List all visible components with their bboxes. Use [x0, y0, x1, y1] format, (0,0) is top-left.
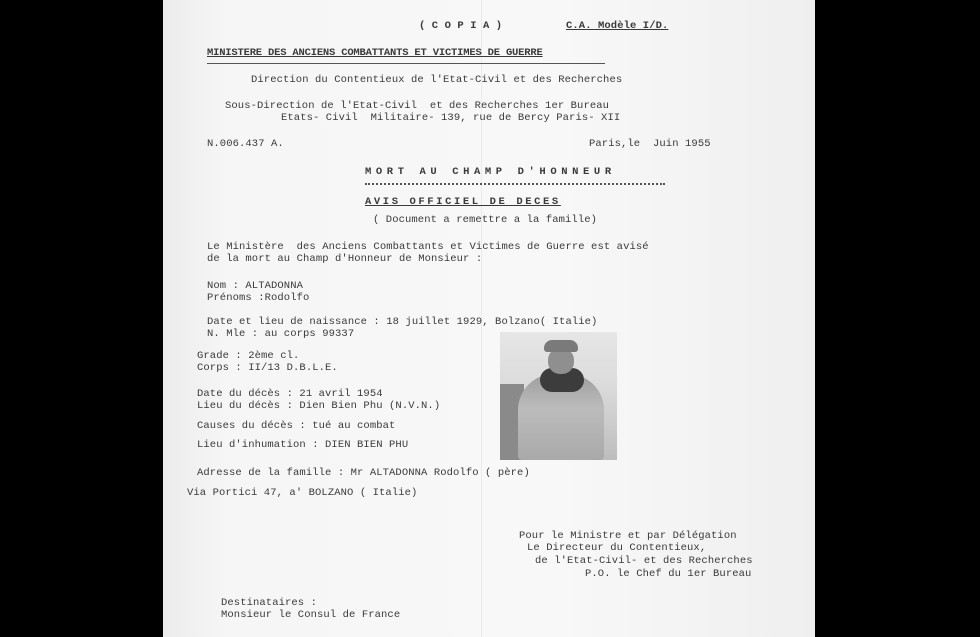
field-matricule: N. Mle : au corps 99337 [207, 328, 354, 340]
reference-number: N.006.437 A. [207, 138, 284, 150]
field-adresse-ligne: Via Portici 47, a' BOLZANO ( Italie) [187, 487, 417, 499]
document-page: ( C O P I A ) C.A. Modèle I/D. MINISTERE… [163, 0, 815, 637]
ministry-heading: MINISTERE DES ANCIENS COMBATTANTS ET VIC… [207, 47, 543, 59]
model-reference: C.A. Modèle I/D. [566, 20, 668, 32]
signature-line-2: Le Directeur du Contentieux, [527, 542, 706, 554]
document-title: MORT AU CHAMP D'HONNEUR [365, 166, 616, 178]
field-prenoms: Prénoms :Rodolfo [207, 292, 309, 304]
field-adresse-famille: Adresse de la famille : Mr ALTADONNA Rod… [197, 467, 530, 479]
recipients-label: Destinataires : [221, 597, 317, 609]
field-lieu-inhumation: Lieu d'inhumation : DIEN BIEN PHU [197, 439, 408, 451]
field-nom: Nom : ALTADONNA [207, 280, 303, 292]
signature-line-4: P.O. le Chef du 1er Bureau [585, 568, 751, 580]
place-date: Paris,le Juin 1955 [589, 138, 711, 150]
portrait-photo [500, 332, 617, 460]
document-subtitle: AVIS OFFICIEL DE DECES [365, 196, 561, 208]
field-cause-deces: Causes du décès : tué au combat [197, 420, 395, 432]
signature-line-1: Pour le Ministre et par Délégation [519, 530, 737, 542]
field-lieu-deces: Lieu du décès : Dien Bien Phu (N.V.N.) [197, 400, 440, 412]
field-grade: Grade : 2ème cl. [197, 350, 299, 362]
copy-label: ( C O P I A ) [419, 20, 502, 32]
field-date-deces: Date du décès : 21 avril 1954 [197, 388, 383, 400]
recipients-value: Monsieur le Consul de France [221, 609, 400, 621]
field-naissance: Date et lieu de naissance : 18 juillet 1… [207, 316, 597, 328]
subtitle-note: ( Document a remettre a la famille) [373, 214, 597, 226]
heading-rule [207, 63, 605, 64]
direction-line: Direction du Contentieux de l'Etat-Civil… [251, 74, 622, 86]
signature-line-3: de l'Etat-Civil- et des Recherches [535, 555, 753, 567]
photo-cap [544, 340, 578, 352]
sub-direction-line-2: Etats- Civil Militaire- 139, rue de Berc… [281, 112, 620, 124]
field-corps: Corps : II/13 D.B.L.E. [197, 362, 338, 374]
intro-line-2: de la mort au Champ d'Honneur de Monsieu… [207, 253, 482, 265]
sub-direction-line-1: Sous-Direction de l'Etat-Civil et des Re… [225, 100, 609, 112]
intro-line-1: Le Ministère des Anciens Combattants et … [207, 241, 649, 253]
title-dashed-rule [365, 183, 665, 185]
